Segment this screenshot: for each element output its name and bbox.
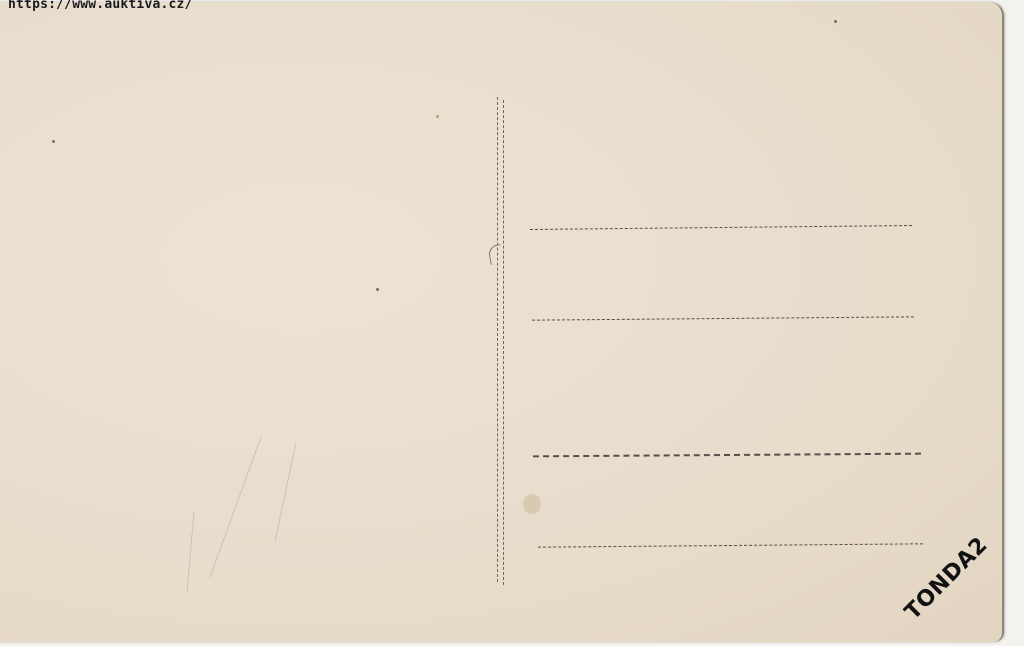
address-line-2 xyxy=(532,316,914,320)
pencil-mark xyxy=(275,443,297,541)
center-divider-right xyxy=(503,100,504,585)
watermark-url: https://www.auktiva.cz/ xyxy=(8,0,193,12)
speck xyxy=(436,115,439,118)
address-line-1 xyxy=(530,225,912,230)
center-divider-left xyxy=(497,97,498,582)
postcard-back xyxy=(0,2,1004,642)
pencil-mark xyxy=(187,512,195,592)
speck xyxy=(52,140,55,143)
paper-stain xyxy=(523,494,541,514)
divider-curl xyxy=(487,244,503,265)
address-line-3 xyxy=(533,453,921,458)
speck xyxy=(834,20,837,23)
speck xyxy=(376,288,379,291)
address-line-4 xyxy=(538,543,923,547)
pencil-mark xyxy=(209,436,261,577)
